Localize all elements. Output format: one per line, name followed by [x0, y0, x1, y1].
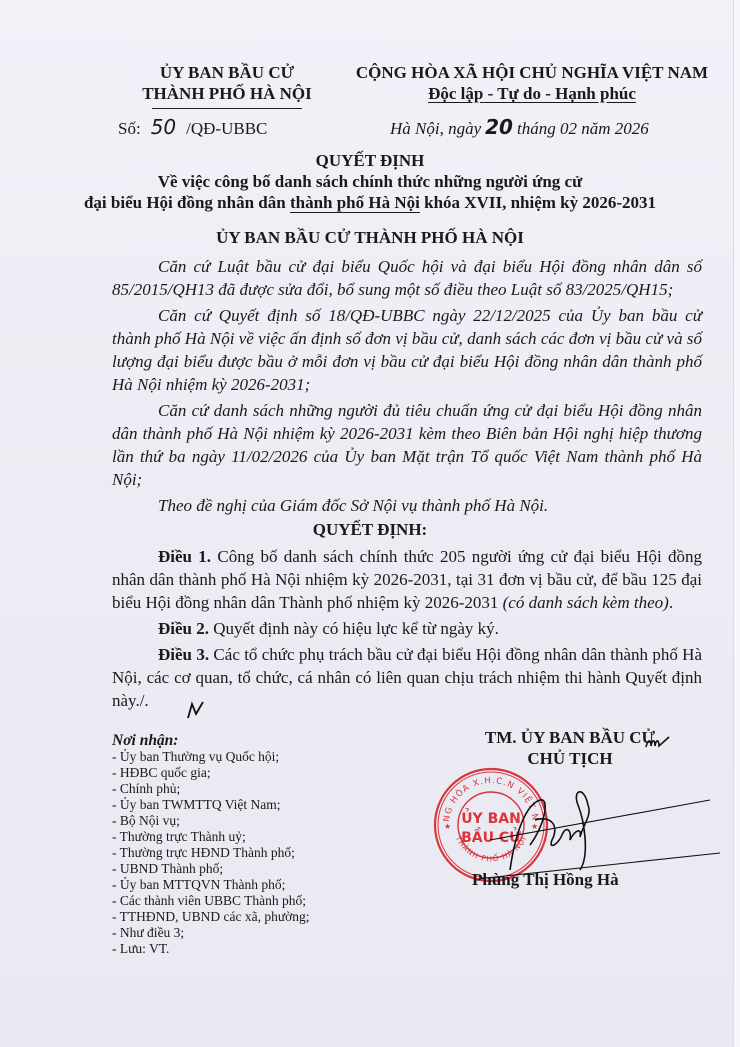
preamble-item: Theo đề nghị của Giám đốc Sở Nội vụ thàn… — [112, 494, 702, 517]
date-prefix: Hà Nội, ngày — [390, 119, 481, 138]
preamble-item: Căn cứ danh sách những người đủ tiêu chu… — [112, 399, 702, 491]
article-2: Điều 2. Quyết định này có hiệu lực kể từ… — [112, 617, 702, 640]
recipients-heading: Nơi nhận: — [112, 733, 310, 749]
preamble-item: Căn cứ Quyết định số 18/QĐ-UBBC ngày 22/… — [112, 304, 702, 396]
subject-line2: đại biểu Hội đồng nhân dân thành phố Hà … — [0, 192, 740, 213]
recipient-item: - Ủy ban Thường vụ Quốc hội; — [112, 749, 310, 765]
initial-scribble-icon — [645, 735, 671, 751]
recipients-list: Nơi nhận: - Ủy ban Thường vụ Quốc hội;- … — [112, 733, 310, 957]
issuer-block: ỦY BAN BẦU CỬ THÀNH PHỐ HÀ NỘI — [112, 62, 342, 109]
number-suffix: /QĐ-UBBC — [186, 119, 267, 138]
issuer-line2: THÀNH PHỐ HÀ NỘI — [112, 83, 342, 104]
date-day: 20 — [481, 115, 517, 139]
issuer-line1: ỦY BAN BẦU CỬ — [112, 62, 342, 83]
state-motto: Độc lập - Tự do - Hạnh phúc — [428, 84, 636, 103]
preamble: Căn cứ Luật bầu cử đại biểu Quốc hội và … — [112, 255, 702, 520]
article-1: Điều 1. Công bố danh sách chính thức 205… — [112, 545, 702, 614]
preamble-item: Căn cứ Luật bầu cử đại biểu Quốc hội và … — [112, 255, 702, 301]
decision-heading: QUYẾT ĐỊNH: — [0, 520, 740, 540]
article-text: Quyết định này có hiệu lực kể từ ngày ký… — [209, 619, 499, 638]
article-label: Điều 1. — [158, 547, 211, 566]
article-label: Điều 3. — [158, 645, 209, 664]
signer-name: Phùng Thị Hồng Hà — [472, 870, 619, 890]
recipient-item: - Ủy ban TWMTTQ Việt Nam; — [112, 797, 310, 813]
recipient-item: - Lưu: VT. — [112, 941, 310, 957]
issuer-underline — [152, 108, 302, 109]
number-value: 50 — [141, 115, 186, 139]
subject-line2-a: đại biểu Hội đồng nhân dân — [84, 193, 290, 212]
article-label: Điều 2. — [158, 619, 209, 638]
authority-heading: ỦY BAN BẦU CỬ THÀNH PHỐ HÀ NỘI — [0, 228, 740, 248]
recipient-item: - Các thành viên UBBC Thành phố; — [112, 893, 310, 909]
article-note: (có danh sách kèm theo) — [503, 593, 669, 612]
number-prefix: Số: — [118, 119, 141, 138]
recipient-item: - Thường trực Thành uỷ; — [112, 829, 310, 845]
svg-text:★: ★ — [444, 822, 451, 831]
recipient-item: - Thường trực HĐND Thành phố; — [112, 845, 310, 861]
date-suffix: tháng 02 năm 2026 — [517, 119, 649, 138]
document-number: Số:50/QĐ-UBBC — [118, 115, 267, 139]
recipient-item: - UBND Thành phố; — [112, 861, 310, 877]
recipient-item: - Bộ Nội vụ; — [112, 813, 310, 829]
recipient-item: - Ủy ban MTTQVN Thành phố; — [112, 877, 310, 893]
articles: Điều 1. Công bố danh sách chính thức 205… — [112, 545, 702, 715]
recipient-item: - Chính phủ; — [112, 781, 310, 797]
subject-line2-underlined: thành phố Hà Nội — [290, 193, 420, 212]
subject-line2-b: khóa XVII, nhiệm kỳ 2026-2031 — [420, 193, 656, 212]
state-header: CỘNG HÒA XÃ HỘI CHỦ NGHĨA VIỆT NAM Độc l… — [352, 62, 712, 104]
recipient-item: - TTHĐND, UBND các xã, phường; — [112, 909, 310, 925]
subject-line1: Về việc công bố danh sách chính thức nhữ… — [0, 171, 740, 192]
document-title: QUYẾT ĐỊNH Về việc công bố danh sách chí… — [0, 150, 740, 213]
state-name: CỘNG HÒA XÃ HỘI CHỦ NGHĨA VIỆT NAM — [352, 62, 712, 83]
recipient-item: - HĐBC quốc gia; — [112, 765, 310, 781]
doc-type: QUYẾT ĐỊNH — [0, 150, 740, 171]
initial-mark-icon — [185, 698, 209, 722]
article-end: . — [669, 593, 673, 612]
recipient-item: - Như điều 3; — [112, 925, 310, 941]
issue-date: Hà Nội, ngày20tháng 02 năm 2026 — [390, 115, 649, 139]
